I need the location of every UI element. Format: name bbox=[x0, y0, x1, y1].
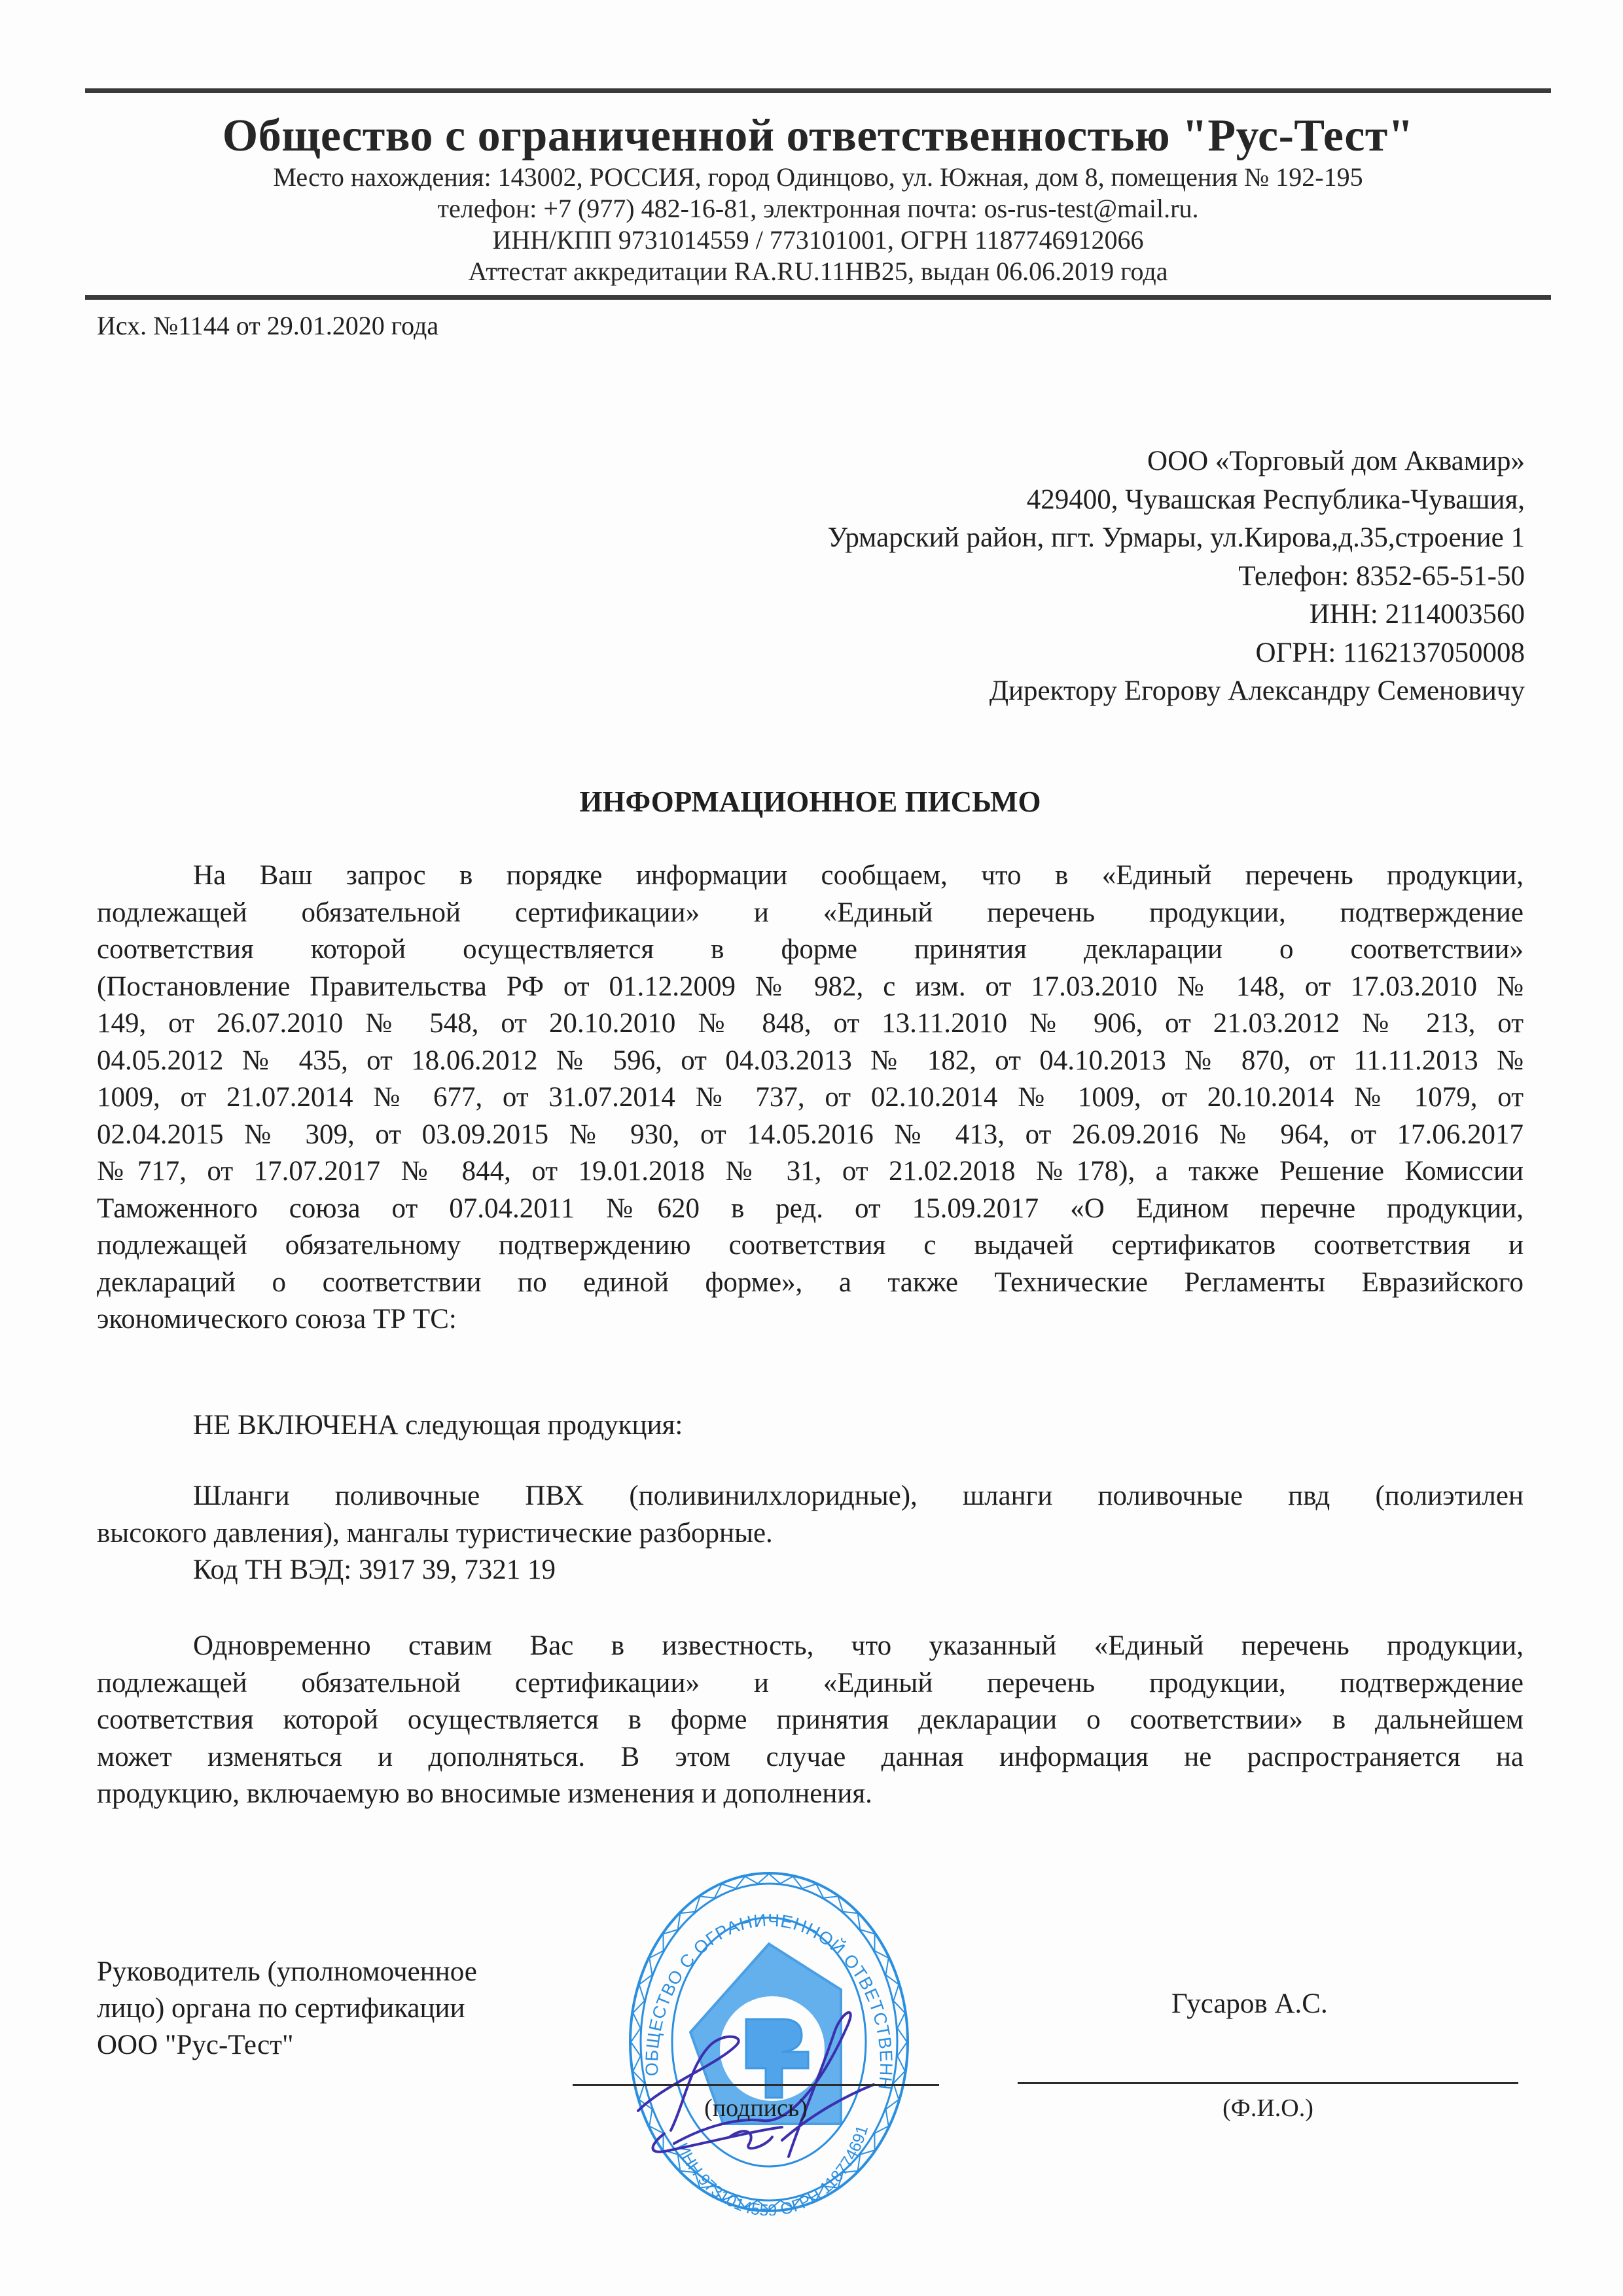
body-line: соответствия которой осуществляется в фо… bbox=[97, 931, 1524, 969]
company-name: Общество с ограниченной ответственностью… bbox=[85, 110, 1551, 162]
name-line bbox=[1018, 2082, 1518, 2084]
body-line: Таможенного союза от 07.04.2011 №620 в р… bbox=[97, 1191, 1524, 1228]
body-line: продукцию, включаемую во вносимые измене… bbox=[97, 1776, 1524, 1813]
header-bottom-rule bbox=[85, 295, 1551, 300]
body-line: подлежащей обязательной сертификации» и … bbox=[97, 1665, 1524, 1702]
products-line: Шланги поливочные ПВХ (поливинилхлоридны… bbox=[97, 1478, 1524, 1515]
signatory-position-line: лицо) органа по сертификации bbox=[97, 1990, 477, 2027]
body-line: Одновременно ставим Вас в известность, ч… bbox=[97, 1628, 1524, 1665]
body-line: подлежащей обязательной сертификации» и … bbox=[97, 895, 1524, 932]
body-line: деклараций о соответствии по единой форм… bbox=[97, 1265, 1524, 1302]
company-accreditation: Аттестат аккредитации RA.RU.11НВ25, выда… bbox=[85, 257, 1551, 287]
body-line: 04.05.2012 № 435, от 18.06.2012 № 596, о… bbox=[97, 1043, 1524, 1080]
company-stamp-icon: ОБЩЕСТВО С ОГРАНИЧЕННОЙ ОТВЕТСТВЕННОСТЬЮ… bbox=[625, 1869, 913, 2215]
addressee-ogrn: ОГРН: 1162137050008 bbox=[828, 634, 1525, 673]
body-line: соответствия которой осуществляется в фо… bbox=[97, 1702, 1524, 1739]
outgoing-reference: Исх. №1144 от 29.01.2020 года bbox=[97, 310, 438, 342]
company-registration: ИНН/КПП 9731014559 / 773101001, ОГРН 118… bbox=[85, 225, 1551, 255]
products-line: высокого давления), мангалы туристически… bbox=[97, 1515, 1524, 1552]
signatory-name: Гусаров А.С. bbox=[1171, 1987, 1328, 2021]
not-included-heading: НЕ ВКЛЮЧЕНА следующая продукция: bbox=[97, 1407, 1524, 1444]
body-line: На Ваш запрос в порядке информации сообщ… bbox=[97, 857, 1524, 895]
products-paragraph: Шланги поливочные ПВХ (поливинилхлоридны… bbox=[97, 1478, 1524, 1589]
body-paragraph-1: На Ваш запрос в порядке информации сообщ… bbox=[97, 857, 1524, 1338]
body-line: может изменяться и дополняться. В этом с… bbox=[97, 1739, 1524, 1776]
body-line: 1009, от 21.07.2014 № 677, от 31.07.2014… bbox=[97, 1079, 1524, 1117]
not-included-text: НЕ ВКЛЮЧЕНА следующая продукция: bbox=[97, 1407, 1524, 1444]
addressee-address-line-1: 429400, Чувашская Республика-Чувашия, bbox=[828, 481, 1525, 520]
signatory-position-line: ООО "Рус-Тест" bbox=[97, 2027, 477, 2064]
addressee-company: ООО «Торговый дом Аквамир» bbox=[828, 442, 1525, 481]
signature-line bbox=[573, 2084, 939, 2086]
name-caption: (Ф.И.О.) bbox=[1018, 2093, 1518, 2123]
addressee-phone: Телефон: 8352-65-51-50 bbox=[828, 558, 1525, 596]
signature-caption: (подпись) bbox=[573, 2093, 939, 2123]
body-line: 149, от 26.07.2010 № 548, от 20.10.2010 … bbox=[97, 1005, 1524, 1043]
signatory-position: Руководитель (уполномоченное лицо) орган… bbox=[97, 1954, 477, 2064]
body-paragraph-2: Одновременно ставим Вас в известность, ч… bbox=[97, 1628, 1524, 1813]
body-line: (Постановление Правительства РФ от 01.12… bbox=[97, 969, 1524, 1006]
body-line: 02.04.2015 № 309, от 03.09.2015 № 930, о… bbox=[97, 1117, 1524, 1154]
addressee-address-line-2: Урмарский район, пгт. Урмары, ул.Кирова,… bbox=[828, 519, 1525, 558]
addressee-inn: ИНН: 2114003560 bbox=[828, 596, 1525, 634]
header-top-rule bbox=[85, 88, 1551, 93]
document-title: ИНФОРМАЦИОННОЕ ПИСЬМО bbox=[97, 784, 1524, 819]
signatory-position-line: Руководитель (уполномоченное bbox=[97, 1954, 477, 1990]
company-address: Место нахождения: 143002, РОССИЯ, город … bbox=[85, 162, 1551, 192]
body-line: №717, от 17.07.2017 № 844, от 19.01.2018… bbox=[97, 1153, 1524, 1191]
tn-ved-code: Код ТН ВЭД: 3917 39, 7321 19 bbox=[97, 1552, 1524, 1589]
addressee-block: ООО «Торговый дом Аквамир» 429400, Чуваш… bbox=[828, 442, 1525, 711]
body-line: экономического союза ТР ТС: bbox=[97, 1301, 1524, 1338]
body-line: подлежащей обязательному подтверждению с… bbox=[97, 1227, 1524, 1265]
company-contacts: телефон: +7 (977) 482-16-81, электронная… bbox=[85, 194, 1551, 224]
addressee-director: Директору Егорову Александру Семеновичу bbox=[828, 672, 1525, 711]
